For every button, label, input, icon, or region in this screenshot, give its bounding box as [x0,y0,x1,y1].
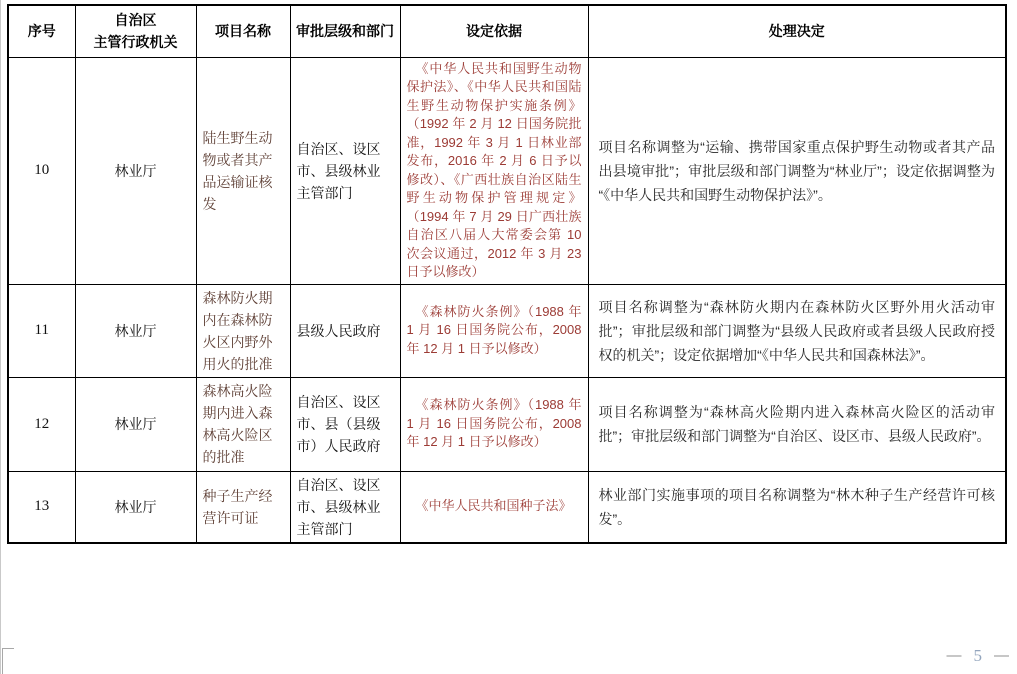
cell-authority: 林业厅 [75,377,196,471]
cell-approval: 自治区、设区市、县级林业主管部门 [290,471,400,543]
table-row: 10 林业厅 陆生野生动物或者其产品运输证核发 自治区、设区市、县级林业主管部门… [8,57,1006,284]
cell-decision: 林业部门实施事项的项目名称调整为“林木种子生产经营许可核发”。 [588,471,1006,543]
table-header-row: 序号 自治区 主管行政机关 项目名称 审批层级和部门 设定依据 处理决定 [8,5,1006,57]
header-approval: 审批层级和部门 [290,5,400,57]
header-decision: 处理决定 [588,5,1006,57]
document-page: 序号 自治区 主管行政机关 项目名称 审批层级和部门 设定依据 处理决定 10 … [0,0,1017,674]
cell-authority: 林业厅 [75,471,196,543]
header-authority: 自治区 主管行政机关 [75,5,196,57]
approval-items-table: 序号 自治区 主管行政机关 项目名称 审批层级和部门 设定依据 处理决定 10 … [7,4,1007,544]
cell-approval: 自治区、设区市、县（县级市）人民政府 [290,377,400,471]
header-seq: 序号 [8,5,75,57]
cell-project: 种子生产经营许可证 [196,471,290,543]
cell-approval: 县级人民政府 [290,284,400,377]
cell-basis: 《中华人民共和国野生动物保护法》、《中华人民共和国陆生野生动物保护实施条例》（1… [400,57,588,284]
table-row: 11 林业厅 森林防火期内在森林防火区内野外用火的批准 县级人民政府 《森林防火… [8,284,1006,377]
cell-project: 陆生野生动物或者其产品运输证核发 [196,57,290,284]
page-number: — 5 — [947,647,1010,664]
cell-authority: 林业厅 [75,57,196,284]
header-basis: 设定依据 [400,5,588,57]
cell-authority: 林业厅 [75,284,196,377]
table-row: 12 林业厅 森林高火险期内进入森林高火险区的批准 自治区、设区市、县（县级市）… [8,377,1006,471]
text-boundary-corner-mark [2,648,14,674]
cell-decision: 项目名称调整为“运输、携带国家重点保护野生动物或者其产品出县境审批”；审批层级和… [588,57,1006,284]
cell-basis: 《中华人民共和国种子法》 [400,471,588,543]
cell-basis: 《森林防火条例》（1988 年 1 月 16 日国务院公布，2008 年 12 … [400,377,588,471]
cell-seq: 13 [8,471,75,543]
table-row: 13 林业厅 种子生产经营许可证 自治区、设区市、县级林业主管部门 《中华人民共… [8,471,1006,543]
cell-approval: 自治区、设区市、县级林业主管部门 [290,57,400,284]
cell-decision: 项目名称调整为“森林防火期内在森林防火区野外用火活动审批”；审批层级和部门调整为… [588,284,1006,377]
cell-basis: 《森林防火条例》（1988 年 1 月 16 日国务院公布，2008 年 12 … [400,284,588,377]
page-number-dash-left: — [947,648,962,663]
cell-project: 森林高火险期内进入森林高火险区的批准 [196,377,290,471]
cell-project: 森林防火期内在森林防火区内野外用火的批准 [196,284,290,377]
page-number-value: 5 [974,647,983,664]
page-number-dash-right: — [994,648,1009,663]
cell-seq: 11 [8,284,75,377]
cell-seq: 12 [8,377,75,471]
header-project: 项目名称 [196,5,290,57]
cell-seq: 10 [8,57,75,284]
cell-decision: 项目名称调整为“森林高火险期内进入森林高火险区的活动审批”；审批层级和部门调整为… [588,377,1006,471]
page-edge-line [0,0,1,674]
